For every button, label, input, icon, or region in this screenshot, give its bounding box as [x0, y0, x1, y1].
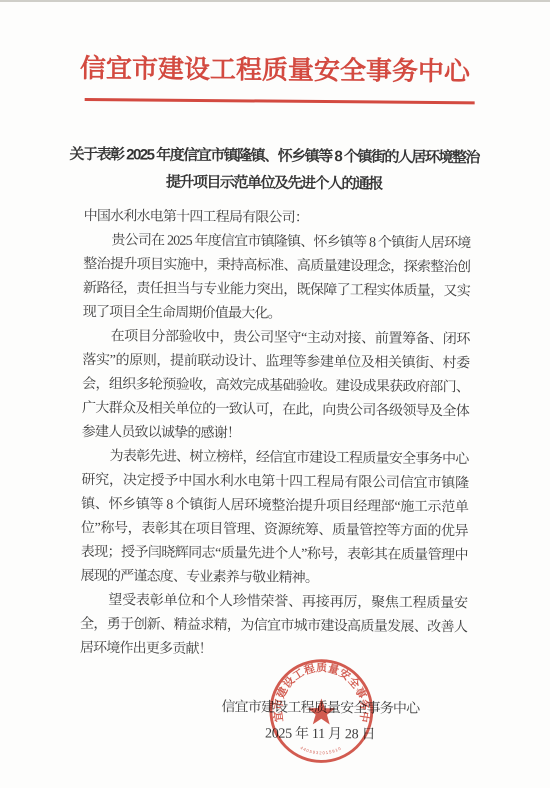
body-paragraph-1: 贵公司在 2025 年度信宜市镇隆镇、怀乡镇等 8 个镇街人居环境整治提升项目实…	[83, 229, 471, 328]
body-paragraph-3: 为表彰先进、树立榜样，经信宜市建设工程质量安全事务中心研究，决定授予中国水利水电…	[80, 445, 468, 592]
body-paragraph-4: 望受表彰单位和个人珍惜荣誉、再接再厉，聚焦工程质量安全，勇于创新、精益求精，为信…	[80, 589, 468, 664]
document-title-line-2: 提升项目示范单位及先进个人的通报	[0, 167, 549, 199]
seal-graphic: 信宜市建设工程质量安全事务中心 4405932015910	[267, 657, 376, 766]
seal-code-digits: 4405932015910	[299, 745, 342, 755]
document-content: 信宜市建设工程质量安全事务中心 关于表彰 2025 年度信宜市镇隆镇、怀乡镇等 …	[0, 1, 550, 788]
letterhead-divider	[85, 98, 475, 104]
star-icon	[308, 698, 336, 724]
document-body: 中国水利水电第十四工程局有限公司： 贵公司在 2025 年度信宜市镇隆镇、怀乡镇…	[80, 205, 471, 664]
document-title-line-1: 关于表彰 2025 年度信宜市镇隆镇、怀乡镇等 8 个镇街的人居环境整治	[0, 140, 549, 172]
scanned-document-page: 信宜市建设工程质量安全事务中心 关于表彰 2025 年度信宜市镇隆镇、怀乡镇等 …	[0, 0, 550, 788]
salutation: 中国水利水电第十四工程局有限公司：	[84, 205, 471, 232]
official-seal-stamp: 信宜市建设工程质量安全事务中心 4405932015910	[267, 657, 376, 766]
body-paragraph-2: 在项目分部验收中，贵公司坚守“主动对接、前置筹备、闭环落实”的原则，提前联动设计…	[82, 325, 470, 448]
document-title: 关于表彰 2025 年度信宜市镇隆镇、怀乡镇等 8 个镇街的人居环境整治 提升项…	[0, 140, 549, 199]
letterhead-org-name: 信宜市建设工程质量安全事务中心	[0, 51, 550, 90]
